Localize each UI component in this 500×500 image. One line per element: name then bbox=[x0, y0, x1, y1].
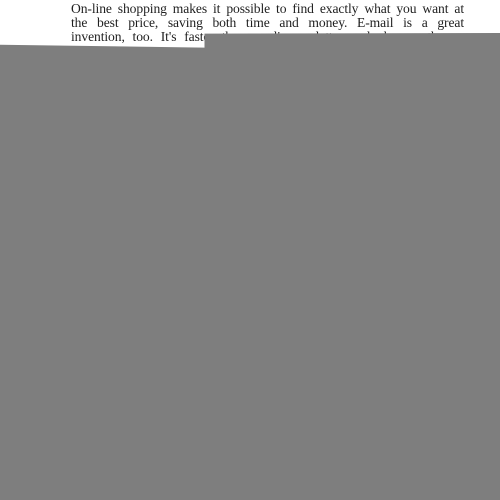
passage-line-1: On-line shopping makes it possible to fi… bbox=[71, 2, 464, 16]
reading-passage: On-line shopping makes it possible to fi… bbox=[71, 2, 464, 45]
passage-line-3: invention, too. It's faster than sending… bbox=[71, 30, 464, 44]
document-page: On-line shopping makes it possible to fi… bbox=[0, 0, 500, 500]
gray-overlay-shape bbox=[0, 33, 500, 500]
gray-overlay bbox=[0, 0, 500, 500]
passage-line-2: the best price, saving both time and mon… bbox=[71, 16, 464, 30]
